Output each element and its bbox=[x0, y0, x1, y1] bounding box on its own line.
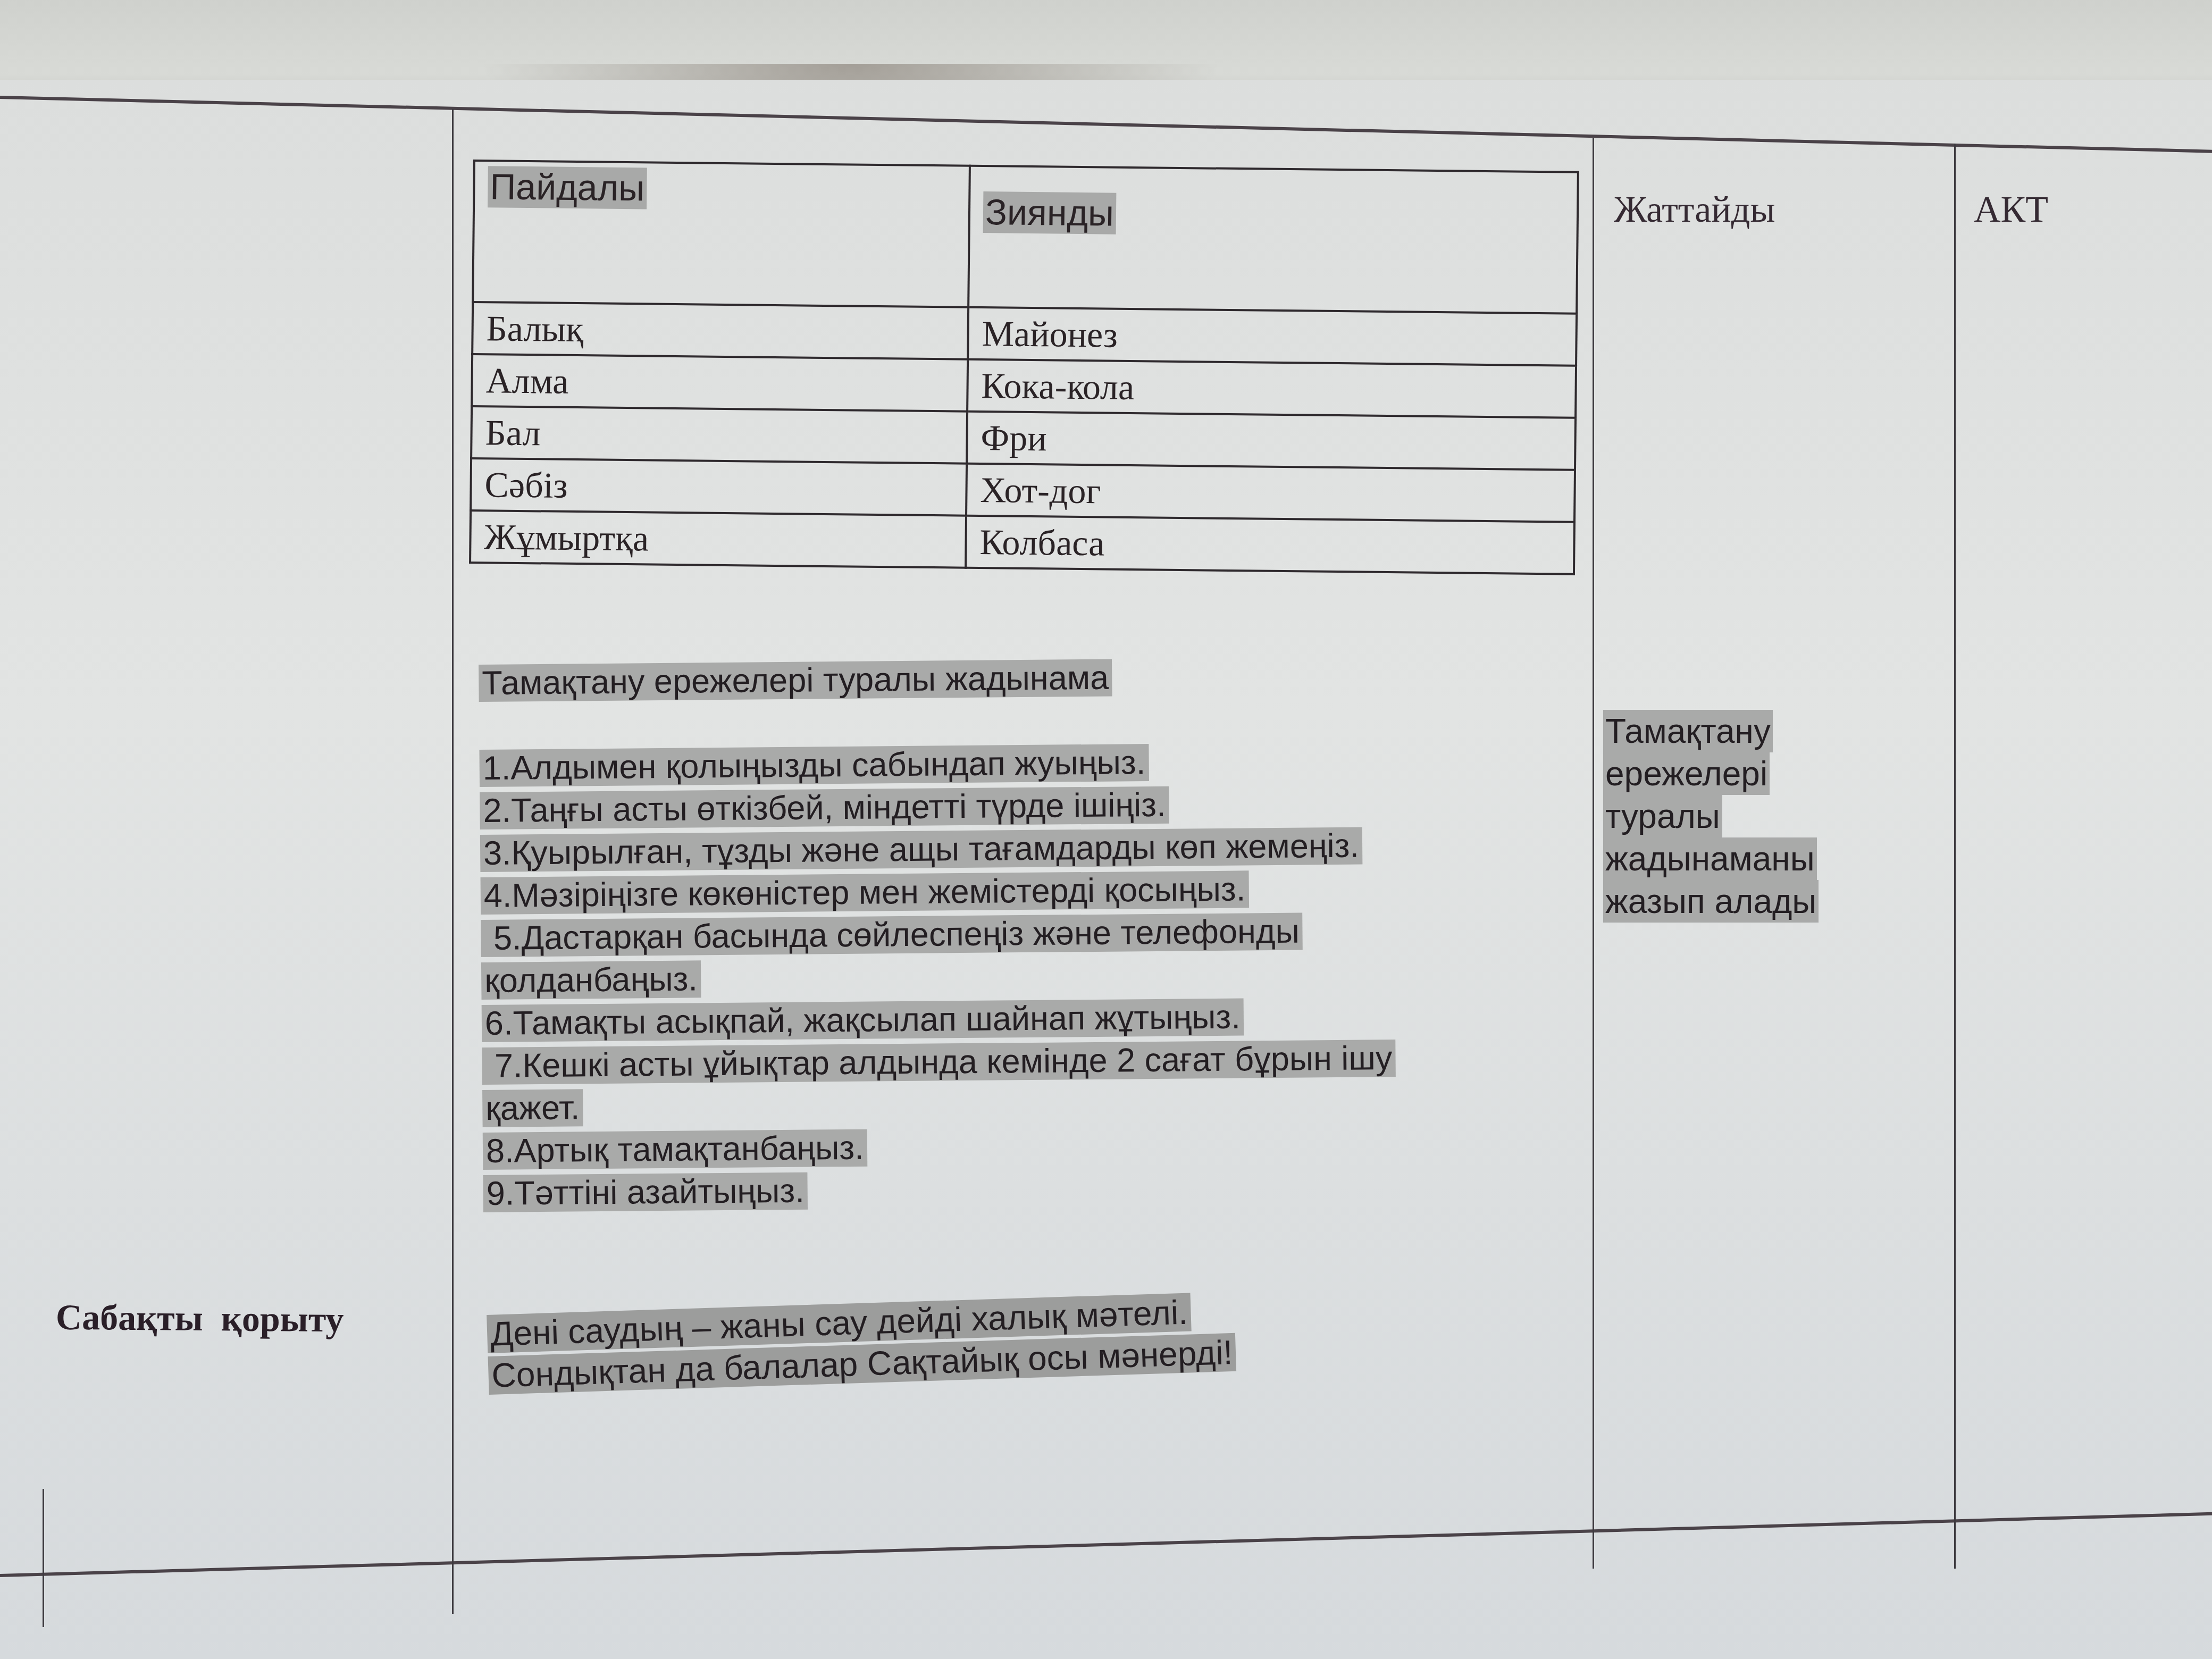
harmful-cell: Майонез bbox=[968, 307, 1577, 366]
column-divider bbox=[1954, 144, 1956, 1569]
outcome-line: жазып алады bbox=[1603, 880, 1819, 923]
resources-column-text: АКТ bbox=[1974, 189, 2048, 231]
harmful-cell: Хот-дог bbox=[966, 464, 1575, 522]
outcome-line: жадынаманы bbox=[1603, 837, 1819, 880]
table-header-row: Пайдалы Зиянды bbox=[473, 161, 1578, 314]
lesson-stage-label: Сабақты қорыту bbox=[56, 1296, 344, 1341]
memo-title: Тамақтану ережелері туралы жадынама bbox=[479, 652, 1569, 705]
healthy-cell: Балық bbox=[472, 302, 968, 359]
header-harmful: Зиянды bbox=[968, 166, 1578, 314]
harmful-cell: Колбаса bbox=[966, 516, 1574, 574]
healthy-cell: Алма bbox=[472, 354, 968, 412]
healthy-cell: Жұмыртқа bbox=[470, 510, 966, 568]
harmful-cell: Фри bbox=[967, 412, 1576, 470]
column-divider bbox=[43, 1489, 44, 1627]
table-row: Жұмыртқа Колбаса bbox=[470, 510, 1574, 574]
header-healthy: Пайдалы bbox=[473, 161, 970, 307]
outcome-line: ережелері bbox=[1603, 752, 1819, 795]
column-divider bbox=[452, 109, 454, 1614]
learning-outcome: Тамақтану ережелері туралы жадынаманы жа… bbox=[1603, 710, 1819, 923]
healthy-cell: Сәбіз bbox=[471, 458, 967, 516]
outcome-line: Тамақтану bbox=[1603, 710, 1819, 752]
healthy-vs-harmful-table: Пайдалы Зиянды Балық Майонез Алма Кока-к… bbox=[469, 160, 1579, 575]
harmful-cell: Кока-кола bbox=[967, 359, 1576, 418]
outcome-line: туралы bbox=[1603, 795, 1819, 837]
nutrition-rules-memo: Тамақтану ережелері туралы жадынама 1.Ал… bbox=[479, 652, 1573, 1215]
healthy-cell: Бал bbox=[471, 406, 967, 464]
assessment-column-text: Жаттайды bbox=[1614, 189, 1775, 231]
column-divider bbox=[1593, 138, 1594, 1569]
